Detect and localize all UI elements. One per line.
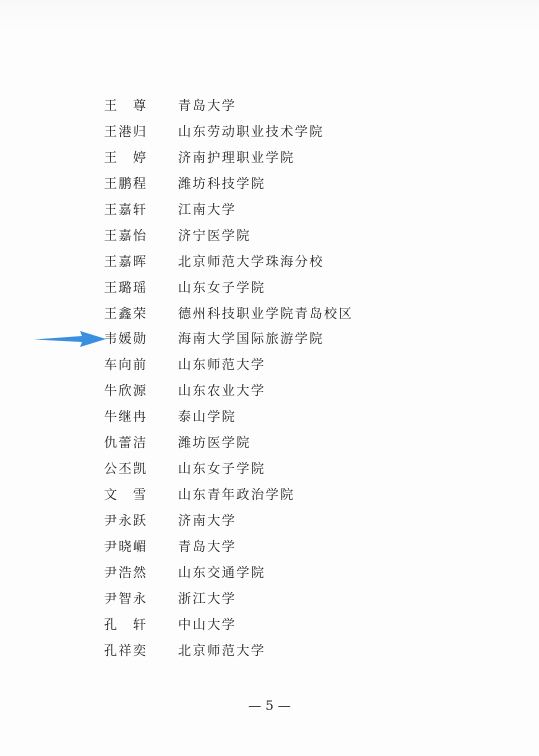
person-name: 尹永跃 bbox=[104, 509, 178, 535]
list-item: 孔轩中山大学 bbox=[104, 613, 353, 639]
school-name: 北京师范大学珠海分校 bbox=[178, 250, 324, 276]
school-name: 山东女子学院 bbox=[178, 457, 266, 483]
person-name: 王鹏程 bbox=[104, 172, 178, 198]
list-item: 文雪山东青年政治学院 bbox=[104, 483, 353, 509]
person-name: 韦媛勋 bbox=[104, 327, 178, 353]
list-item: 公丕凯山东女子学院 bbox=[104, 457, 353, 483]
list-item: 牛欣源山东农业大学 bbox=[104, 379, 353, 405]
list-item: 孔祥奕北京师范大学 bbox=[104, 639, 353, 665]
list-item: 王港归山东劳动职业技术学院 bbox=[104, 120, 353, 146]
list-item: 尹浩然山东交通学院 bbox=[104, 561, 353, 587]
person-name: 仇蕾洁 bbox=[104, 431, 178, 457]
school-name: 济宁医学院 bbox=[178, 224, 251, 250]
person-name: 尹智永 bbox=[104, 587, 178, 613]
list-item: 王璐瑶山东女子学院 bbox=[104, 276, 353, 302]
list-item: 王嘉轩江南大学 bbox=[104, 198, 353, 224]
list-item: 王嘉怡济宁医学院 bbox=[104, 224, 353, 250]
list-item: 尹智永浙江大学 bbox=[104, 587, 353, 613]
school-name: 山东农业大学 bbox=[178, 379, 266, 405]
list-item: 王鹏程潍坊科技学院 bbox=[104, 172, 353, 198]
person-name: 王尊 bbox=[104, 94, 178, 120]
school-name: 潍坊科技学院 bbox=[178, 172, 266, 198]
school-name: 北京师范大学 bbox=[178, 639, 266, 665]
school-name: 山东交通学院 bbox=[178, 561, 266, 587]
person-name: 王港归 bbox=[104, 120, 178, 146]
list-item: 牛继冉泰山学院 bbox=[104, 405, 353, 431]
person-name: 公丕凯 bbox=[104, 457, 178, 483]
school-name: 济南大学 bbox=[178, 509, 236, 535]
list-item-highlighted: 韦媛勋海南大学国际旅游学院 bbox=[104, 327, 353, 353]
person-name: 尹浩然 bbox=[104, 561, 178, 587]
list-item: 王鑫荣德州科技职业学院青岛校区 bbox=[104, 302, 353, 328]
list-item: 王尊青岛大学 bbox=[104, 94, 353, 120]
school-name: 青岛大学 bbox=[178, 535, 236, 561]
person-name: 孔祥奕 bbox=[104, 639, 178, 665]
school-name: 山东青年政治学院 bbox=[178, 483, 295, 509]
person-name: 王婷 bbox=[104, 146, 178, 172]
arrow-right-icon bbox=[34, 331, 106, 347]
person-name: 王嘉怡 bbox=[104, 224, 178, 250]
person-name: 文雪 bbox=[104, 483, 178, 509]
list-item: 王嘉晖北京师范大学珠海分校 bbox=[104, 250, 353, 276]
person-name: 王嘉轩 bbox=[104, 198, 178, 224]
school-name: 中山大学 bbox=[178, 613, 236, 639]
person-name: 车向前 bbox=[104, 353, 178, 379]
person-name: 王嘉晖 bbox=[104, 250, 178, 276]
page-number: — 5 — bbox=[0, 699, 539, 714]
school-name: 青岛大学 bbox=[178, 94, 236, 120]
school-name: 江南大学 bbox=[178, 198, 236, 224]
list-item: 车向前山东师范大学 bbox=[104, 353, 353, 379]
school-name: 山东师范大学 bbox=[178, 353, 266, 379]
person-name: 孔轩 bbox=[104, 613, 178, 639]
list-item: 仇蕾洁潍坊医学院 bbox=[104, 431, 353, 457]
list-item: 尹晓嵋青岛大学 bbox=[104, 535, 353, 561]
school-name: 济南护理职业学院 bbox=[178, 146, 295, 172]
person-name: 尹晓嵋 bbox=[104, 535, 178, 561]
list-item: 尹永跃济南大学 bbox=[104, 509, 353, 535]
person-name: 王鑫荣 bbox=[104, 302, 178, 328]
name-list: 王尊青岛大学 王港归山东劳动职业技术学院 王婷济南护理职业学院 王鹏程潍坊科技学… bbox=[104, 94, 353, 665]
school-name: 潍坊医学院 bbox=[178, 431, 251, 457]
person-name: 王璐瑶 bbox=[104, 276, 178, 302]
school-name: 德州科技职业学院青岛校区 bbox=[178, 302, 353, 328]
school-name: 山东劳动职业技术学院 bbox=[178, 120, 324, 146]
person-name: 牛欣源 bbox=[104, 379, 178, 405]
school-name: 海南大学国际旅游学院 bbox=[178, 327, 324, 353]
document-page: 王尊青岛大学 王港归山东劳动职业技术学院 王婷济南护理职业学院 王鹏程潍坊科技学… bbox=[0, 0, 539, 756]
school-name: 泰山学院 bbox=[178, 405, 236, 431]
person-name: 牛继冉 bbox=[104, 405, 178, 431]
list-item: 王婷济南护理职业学院 bbox=[104, 146, 353, 172]
school-name: 山东女子学院 bbox=[178, 276, 266, 302]
school-name: 浙江大学 bbox=[178, 587, 236, 613]
